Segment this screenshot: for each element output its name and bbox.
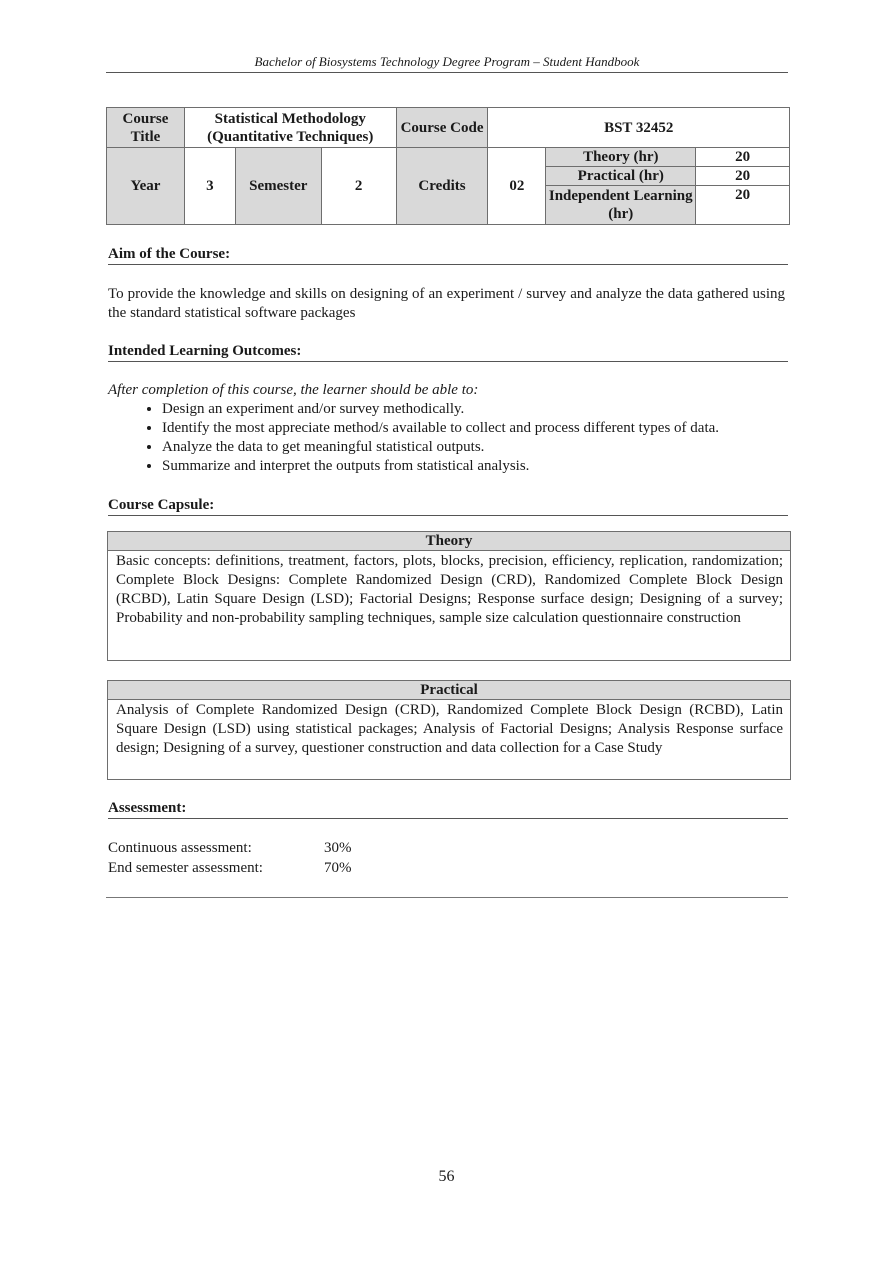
ilo-list: Design an experiment and/or survey metho… [108,400,798,476]
section-divider [106,897,788,898]
theory-hours-label: Theory (hr) [546,148,696,167]
course-code-label: Course Code [396,108,488,148]
assessment-label: End semester assessment: [108,859,324,879]
assessment-label: Continuous assessment: [108,839,324,859]
list-item: Identify the most appreciate method/s av… [162,419,798,438]
aim-text: To provide the knowledge and skills on d… [108,285,785,323]
assessment-title: Assessment: [108,799,788,819]
credits-value: 02 [488,148,546,225]
ilo-title: Intended Learning Outcomes: [108,342,788,362]
list-item: Analyze the data to get meaningful stati… [162,438,798,457]
practical-heading: Practical [108,681,790,700]
independent-hours-value: 20 [696,186,790,225]
assessment-value: 70% [324,859,352,879]
theory-text: Basic concepts: definitions, treatment, … [108,551,790,628]
course-code-value: BST 32452 [488,108,790,148]
theory-hours-value: 20 [696,148,790,167]
list-item: Summarize and interpret the outputs from… [162,457,798,476]
semester-label: Semester [235,148,321,225]
assessment-row: End semester assessment: 70% [108,859,352,879]
theory-heading: Theory [108,532,790,551]
credits-label: Credits [396,148,488,225]
practical-hours-value: 20 [696,167,790,186]
practical-hours-label: Practical (hr) [546,167,696,186]
year-value: 3 [184,148,235,225]
ilo-intro: After completion of this course, the lea… [108,381,798,400]
course-title-value: Statistical Methodology (Quantitative Te… [184,108,396,148]
assessment-value: 30% [324,839,352,859]
practical-box: Practical Analysis of Complete Randomize… [107,680,791,780]
course-title-label: Course Title [107,108,185,148]
list-item: Design an experiment and/or survey metho… [162,400,798,419]
running-header: Bachelor of Biosystems Technology Degree… [106,54,788,73]
assessment-list: Continuous assessment: 30% End semester … [108,839,352,878]
theory-box: Theory Basic concepts: definitions, trea… [107,531,791,661]
ilo-section: After completion of this course, the lea… [108,381,798,476]
assessment-row: Continuous assessment: 30% [108,839,352,859]
capsule-title: Course Capsule: [108,496,788,516]
course-info-table: Course Title Statistical Methodology (Qu… [106,107,790,225]
semester-value: 2 [321,148,396,225]
independent-hours-label: Independent Learning (hr) [546,186,696,225]
aim-title: Aim of the Course: [108,245,788,265]
page-number: 56 [0,1168,893,1186]
year-label: Year [107,148,185,225]
practical-text: Analysis of Complete Randomized Design (… [108,700,790,758]
